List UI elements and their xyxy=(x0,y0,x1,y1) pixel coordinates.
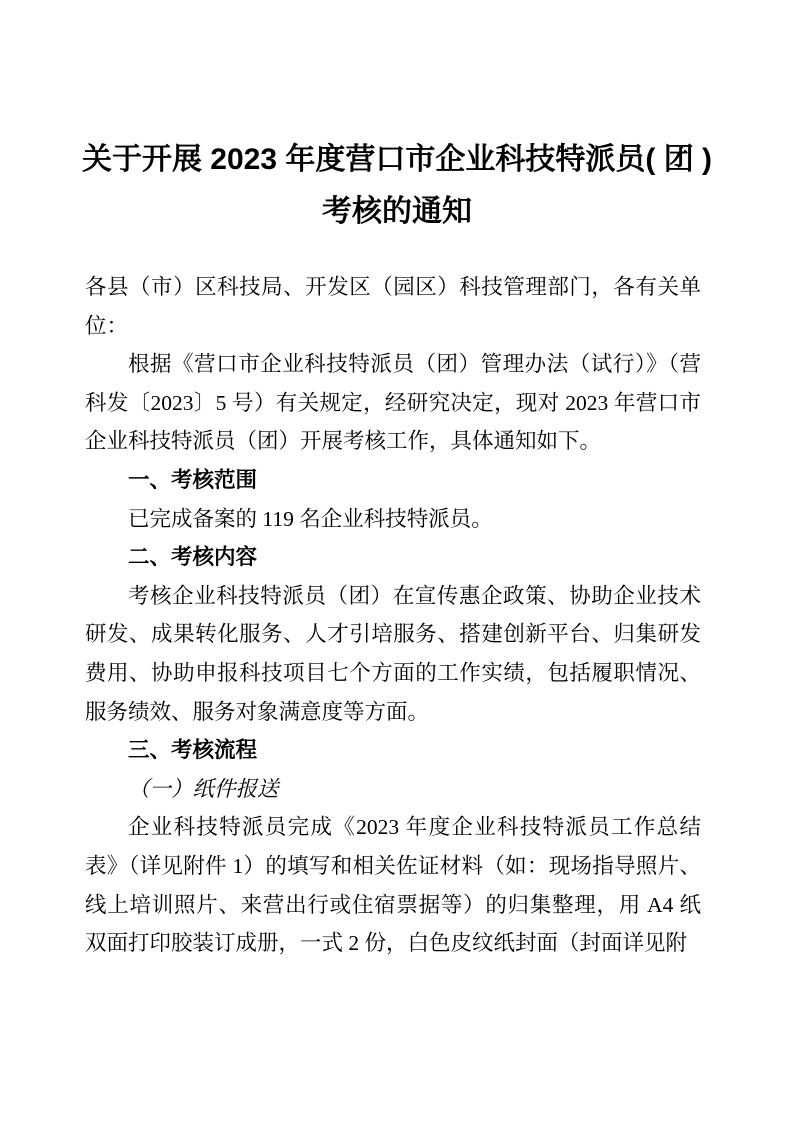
heading-section-1-scope: 一、考核范围 xyxy=(85,461,701,500)
paragraph-paper-submission: 企业科技特派员完成《2023 年度企业科技特派员工作总结表》（详见附件 1）的填… xyxy=(85,808,701,962)
subheading-paper-submission: （一）纸件报送 xyxy=(85,770,701,809)
paragraph-content: 考核企业科技特派员（团）在宣传惠企政策、协助企业技术研发、成果转化服务、人才引培… xyxy=(85,577,701,731)
heading-section-3-process: 三、考核流程 xyxy=(85,731,701,770)
document-title: 关于开展 2023 年度营口市企业科技特派员( 团 ) 考核的通知 xyxy=(40,134,754,238)
document-body: 各县（市）区科技局、开发区（园区）科技管理部门，各有关单位： 根据《营口市企业科… xyxy=(85,268,701,963)
document-page: 关于开展 2023 年度营口市企业科技特派员( 团 ) 考核的通知 各县（市）区… xyxy=(0,0,794,1123)
paragraph-intro: 根据《营口市企业科技特派员（团）管理办法（试行）》（营科发〔2023〕5 号）有… xyxy=(85,345,701,461)
heading-section-2-content: 二、考核内容 xyxy=(85,538,701,577)
document-title-line-2: 考核的通知 xyxy=(322,195,472,228)
salutation: 各县（市）区科技局、开发区（园区）科技管理部门，各有关单位： xyxy=(85,268,701,345)
paragraph-scope: 已完成备案的 119 名企业科技特派员。 xyxy=(85,500,701,539)
document-title-line-1: 关于开展 2023 年度营口市企业科技特派员( 团 ) xyxy=(82,143,712,176)
